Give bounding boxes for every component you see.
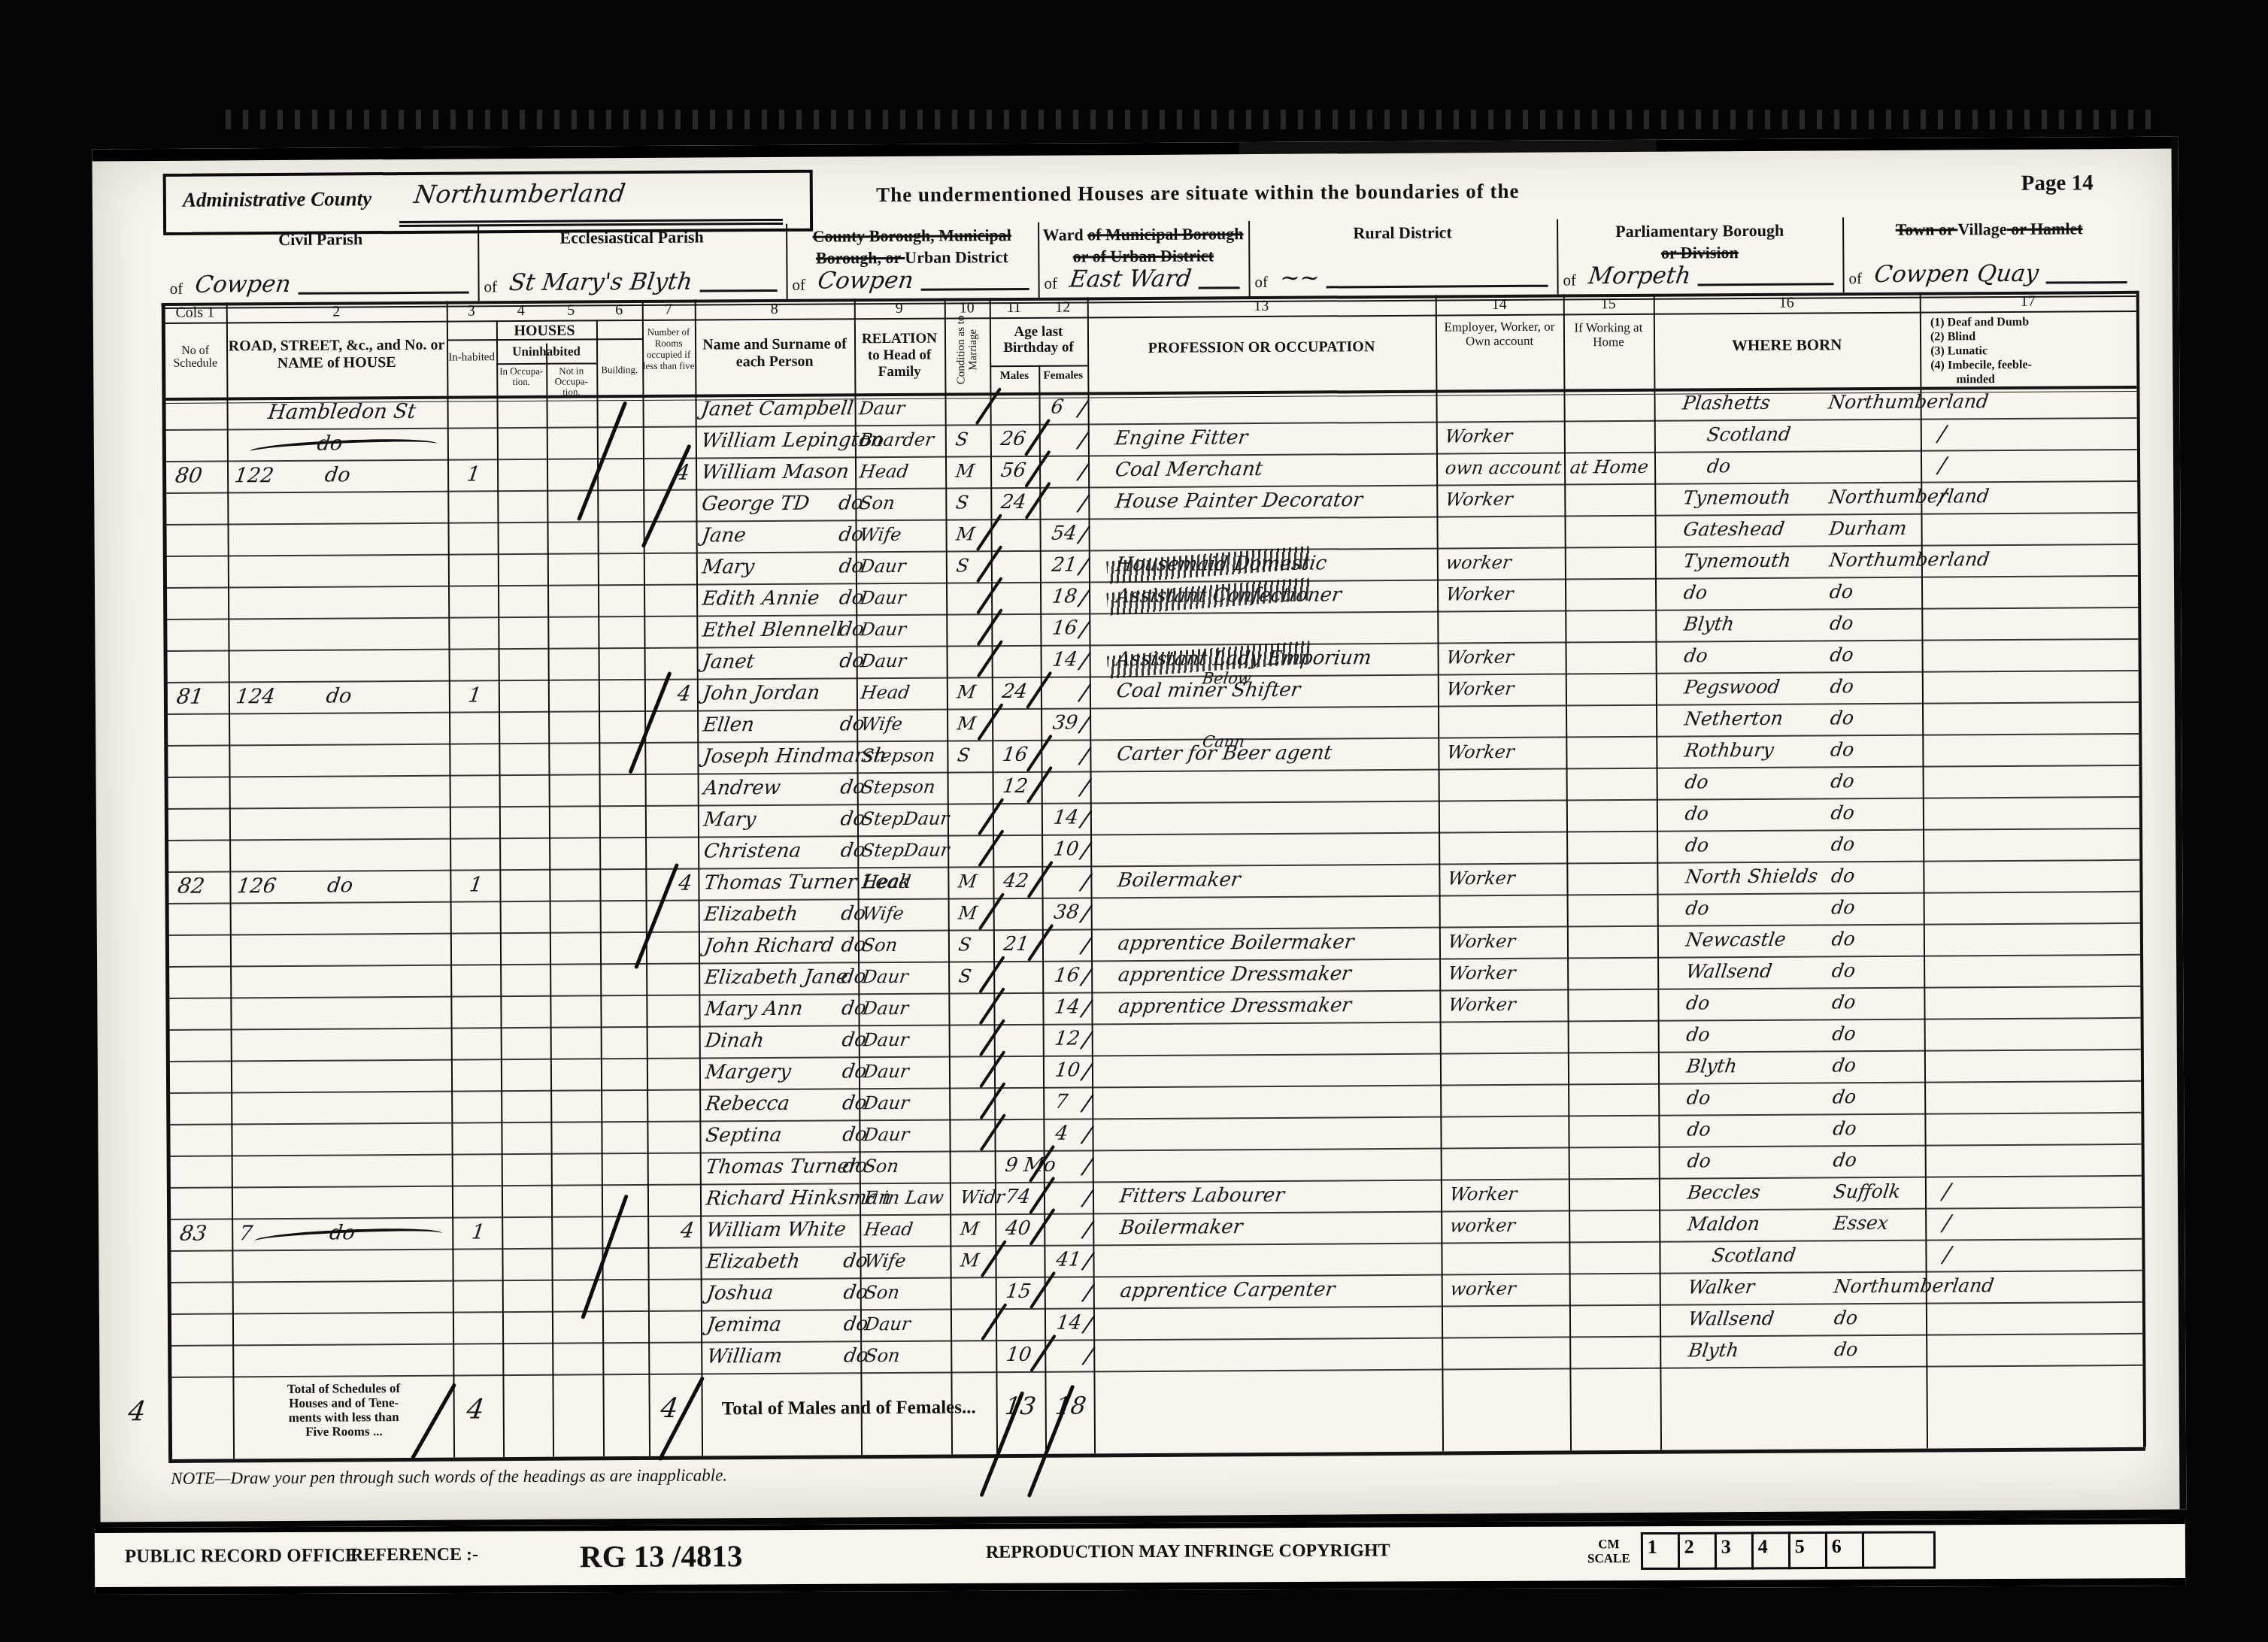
administrative-county-label: Administrative County [183,187,371,212]
road-name-text: do [323,460,352,490]
born-county-text: do [1830,1019,1857,1049]
born-place: do [1686,893,1709,925]
born-county: Northumberland [1828,386,1988,419]
born-place-text: Blyth [1682,609,1736,639]
person-name: William Lepington [702,425,884,457]
employer-value-text: Worker [1446,926,1518,957]
profession-value: apprentice Dressmaker [1118,990,1351,1023]
cm-scale-box: 2 [1678,1532,1715,1570]
column-number: 15 [1563,295,1654,314]
census-scan-screenshot: { "header": { "admin_label": "Administra… [0,0,2268,1642]
condition-value: M [958,866,977,898]
born-place-text: do [1681,577,1709,607]
schedule-number-text: 82 [176,871,207,901]
table-left-border [162,303,171,1459]
age-female-text: 4 [1054,1119,1070,1149]
age-female-text: 54 [1050,518,1078,548]
age-male-text: 26 [999,424,1027,454]
born-county-text: do [1827,577,1854,607]
born-county-text: do [1833,1335,1860,1365]
tally-slash: / [1079,774,1090,801]
relation-value-text: Daur [859,646,908,676]
age-male: 24 [1002,677,1027,708]
employer-value: Worker [1445,421,1512,453]
age-female-text: 16 [1051,613,1079,643]
district-value: East Ward [1063,265,1197,293]
age-male-text: 16 [1001,740,1029,770]
relation-value: Wife [861,709,902,741]
born-county-text: do [1828,703,1855,733]
profession-value-text: House Painter Decorator [1114,485,1365,517]
born-county: do [1833,1082,1856,1113]
employer-value-text: Worker [1445,674,1516,704]
born-place: Blyth [1684,609,1734,641]
employer-value: worker [1450,1210,1515,1243]
relation-value-text: Daur [862,1088,911,1118]
relation-value: Daur [863,1088,909,1119]
relation-value-text: Daur [861,1056,911,1086]
born-place-text: North Shields [1684,861,1820,892]
age-female: 12 [1055,1023,1080,1055]
district-value: Cowpen [189,271,297,298]
district-label-struck: or Division [1661,243,1739,262]
relation-value-text: Son [860,930,899,960]
schedules-total-line: Five Rooms ... [238,1424,450,1440]
age-header: Age last Birthday of [990,323,1087,356]
employer-value: worker [1451,1274,1516,1306]
condition-value: M [960,1213,979,1245]
district-of-row: ofMorpeth [1563,261,1833,289]
district-of-row: of~~ [1254,263,1548,292]
tally-slash: / [1078,616,1090,644]
born-place: Beccles [1687,1177,1760,1210]
person-name: Janet Campbell [701,393,853,426]
tally-slash: / [1082,1216,1093,1244]
column-number: 9 [854,300,944,318]
born-county: do [1833,1019,1856,1050]
born-county-text: do [1828,608,1855,638]
relation-value: Daur [865,1309,911,1341]
inhabited-mark: 1 [467,459,480,490]
district-label-struck: County Borough, Municipal [812,226,1011,246]
born-county: do [1832,987,1855,1019]
of-label: of [484,277,498,296]
born-county-text: do [1830,1050,1857,1080]
at-home-value: at Home [1570,452,1648,484]
relation-value-text: Stepson [860,741,937,771]
infirmity-mark: / [1943,1207,1951,1239]
relation-value: Wife [863,898,904,930]
relation-value: Wife [860,520,901,551]
district-underline [298,291,468,294]
born-county-text: do [1832,1303,1859,1333]
person-name: Elizabeth Jane [705,962,848,994]
profession-note: Cann [1202,726,1245,758]
district-of-row: ofCowpen [169,269,468,298]
age-male-text: 10 [1005,1340,1033,1370]
cm-scale-label: CMSCALE [1587,1537,1630,1565]
born-place: do [1684,577,1707,609]
rooms-count: 4 [681,1216,694,1247]
administrative-county-value: Northumberland [412,178,627,209]
relation-value: Head [864,1214,913,1246]
profession-value: apprentice Dressmaker [1118,959,1351,992]
condition-value-text: S [956,740,972,770]
born-place: Wallsend [1686,956,1772,989]
born-county-text: do [1829,735,1856,765]
born-county-text: do [1831,1113,1858,1144]
born-place: do [1685,767,1709,798]
pen-stroke [628,671,672,774]
district-label-struck: Borough, or [816,248,905,268]
person-name-text: Janet [701,647,757,677]
road-name: do [326,680,352,712]
born-place-text: Maldon [1686,1209,1762,1240]
born-county: do [1834,1335,1857,1366]
profession-value: Boilermaker [1120,1212,1242,1244]
column-number: Cols 1 [164,304,226,322]
born-county-text: Northumberland [1827,386,1991,417]
age-female: 54 [1051,519,1076,550]
person-name-text: Mary Ann [703,994,805,1025]
person-name-text: Thomas Turner [704,1151,860,1182]
district-underline [920,288,1029,291]
infirmity-mark-text: / [1936,450,1948,480]
relation-value: Daur [860,583,906,614]
district-label: Ward of Municipal Borough [1038,224,1248,244]
age-female: 39 [1053,707,1078,739]
person-name-text: Elizabeth [702,899,799,930]
relation-value: Head [862,867,911,898]
footnote: NOTE—Draw your pen through such words of… [171,1465,727,1489]
born-place-text: Wallsend [1686,1304,1776,1335]
born-place-text: Blyth [1687,1335,1741,1365]
rooms-count-text: 4 [679,1216,696,1246]
road-name-text: do [324,681,353,711]
relation-value-text: Stepson [860,772,937,803]
age-female: 14 [1054,992,1079,1023]
born-county: do [1830,703,1854,735]
age-female: 16 [1052,613,1077,644]
born-county-text: do [1831,1082,1858,1112]
employer-value: Worker [1447,737,1514,769]
schedule-number-text: 83 [178,1219,209,1249]
house-number: 124 [236,681,275,713]
relation-value: Stepson [862,772,935,804]
district-underline [1199,286,1240,289]
infirmity-mark: / [1939,418,1946,450]
condition-value: S [956,424,969,456]
district-value: Morpeth [1582,262,1697,289]
tally-slash: / [1082,1279,1093,1307]
relation-value-text: Daur [861,1025,911,1055]
employer-value: Worker [1445,484,1512,517]
born-place-text: do [1682,641,1709,671]
record-office-footer: PUBLIC RECORD OFFICE REFERENCE :- RG 13 … [95,1519,2185,1595]
condition-value-text: S [957,961,974,991]
footer-copyright-warning: REPRODUCTION MAY INFRINGE COPYRIGHT [986,1541,1390,1563]
age-male-text: 74 [1003,1182,1032,1212]
profession-value-text: apprentice Boilermaker [1116,927,1356,959]
pen-stroke [581,1194,629,1319]
page-title: The undermentioned Houses are situate wi… [822,179,1574,207]
person-name: Thomas Turner [706,1151,859,1183]
females-header: Females [1038,368,1087,382]
district-cell: County Borough, MunicipalBorough, or Urb… [786,223,1040,299]
building-header: Building. [596,364,642,376]
age-male: 24 [1001,487,1026,519]
condition-value: S [956,487,969,519]
born-place-text: do [1683,830,1710,860]
employer-value-text: Worker [1443,421,1515,452]
person-name-text: Septina [704,1120,784,1151]
footer-office: PUBLIC RECORD OFFICE [125,1546,358,1568]
schedule-number: 83 [180,1219,207,1250]
district-underline [1327,285,1548,289]
district-underline [1698,283,1834,286]
relation-value: Boarder [860,425,934,457]
tally-slash: / [1080,805,1091,833]
inhabited-mark-text: 1 [465,459,482,489]
person-name: Andrew [704,773,781,805]
tally-slash: / [1082,1184,1093,1212]
relation-value-text: Head [860,867,913,897]
house-number-text: 124 [234,682,277,712]
person-name: John Richard [705,930,834,962]
born-place-text: do [1683,798,1710,829]
condition-value-text: M [959,1213,981,1244]
born-county-text: do [1831,1145,1858,1175]
tally-slash: / [1081,1089,1093,1117]
tally-slash: / [1081,1026,1092,1054]
person-name: Elizabeth [706,1247,799,1279]
relation-value: Son [865,1341,900,1372]
profession-value-text: Coal Merchant [1113,454,1264,485]
person-name: John Jordan [703,678,820,710]
born-place-text: do [1684,1019,1712,1050]
born-place: do [1685,798,1709,830]
person-name: Ellen [703,710,754,741]
employer-value: worker [1446,547,1511,580]
of-label: of [1254,273,1268,292]
profession-value-text: Engine Fitter [1113,423,1250,453]
person-name-text: Andrew [702,773,783,804]
person-name: Christena [704,836,801,868]
pen-stroke [634,863,679,969]
houses-header: HOUSES [447,322,642,341]
district-label: Ecclesiastical Parish [478,227,786,248]
person-name: Ethel Blennell [702,614,843,647]
relation-value: Daur [860,551,906,583]
relation-value-text: Daur [861,962,911,992]
born-place: do [1687,1114,1710,1146]
age-male-text: 24 [1000,677,1029,707]
schedules-total-line: Total of Schedules of [237,1381,450,1397]
employer-value: Worker [1446,642,1513,674]
tally-slash: / [1079,742,1090,770]
relation-value-text: F in Law [862,1183,945,1213]
table-right-border [2136,291,2146,1447]
born-place: do [1687,1146,1711,1177]
person-name: Joshua [707,1278,774,1310]
tally-slash: / [1081,932,1092,959]
age-male: 12 [1003,771,1028,803]
born-place-text: Blyth [1684,1051,1739,1081]
house-number-text: 126 [235,871,278,901]
relation-value: Wife [864,1246,905,1277]
person-name: Mary [704,804,757,836]
born-county-text: do [1830,987,1857,1017]
tally-slash: / [1079,679,1090,707]
road-name: do [327,870,353,901]
born-place-text: Wallsend [1684,956,1774,987]
district-cell: Rural Districtof~~ [1248,220,1559,297]
relation-value-text: StepDaur [860,835,951,866]
district-label-text: Urban District [905,247,1008,267]
born-county: Northumberland [1834,1271,1994,1303]
profession-value: Engine Fitter [1115,423,1248,455]
born-place: Gateshead [1683,514,1784,547]
born-county-text: do [1828,640,1855,670]
age-female-text: 7 [1054,1087,1070,1117]
infirmity-mark: / [1943,1176,1951,1207]
inhabited-mark: 1 [471,1216,484,1248]
tally-slash: / [1080,900,1091,928]
relation-value-text: Head [859,677,911,707]
employer-value: Worker [1448,958,1515,990]
males-females-total-label: Total of Males and of Females... [702,1397,996,1419]
schedule-number-text: 80 [173,461,204,491]
footer-reference-value: RG 13 /4813 [580,1537,743,1574]
table-bottom-rule [168,1447,2145,1463]
employer-value-text: Worker [1447,989,1518,1020]
district-label: Civil Parish [163,229,478,250]
relation-value: Head [860,456,908,488]
born-place-text: Walker [1686,1272,1757,1303]
born-county: do [1830,671,1854,703]
rooms-header: Number of Rooms occupied if less than fi… [642,326,695,371]
born-place: do [1684,641,1707,672]
tally-slash: / [1083,1342,1094,1370]
district-value: Cowpen [811,267,920,295]
age-male-text: 15 [1004,1277,1032,1307]
age-female: 10 [1054,834,1078,865]
age-male: 56 [1001,456,1026,487]
born-county: do [1833,1050,1856,1082]
relation-value: Daur [863,993,908,1025]
infirmity-header-line: (3) Lunatic [1930,343,2136,359]
road-name-text: do [326,871,355,901]
schedule-number: 80 [175,461,202,492]
age-female-text: 14 [1054,1307,1083,1338]
district-value: ~~ [1274,264,1326,291]
infirmity-header-line: (4) Imbecile, feeble- [1930,357,2136,373]
infirmity-mark-text: / [1942,1239,1953,1269]
inhabited-mark-text: 1 [466,680,484,710]
relation-value-text: Daur [862,1119,911,1150]
person-name: Edith Annie [702,583,820,616]
person-name-text: Dinah [703,1025,766,1056]
condition-value: S [959,929,972,961]
born-place-text: do [1684,893,1711,923]
born-place-text: Scotland [1705,420,1793,450]
born-county-text: do [1829,798,1856,828]
born-county: do [1831,829,1854,861]
employer-value: Worker [1448,926,1515,959]
schedules-total-line: ments with less than [238,1410,450,1425]
cm-scale-box: 3 [1715,1531,1751,1569]
born-county: do [1830,608,1853,640]
condition-value-text: M [955,708,978,738]
column-rule [944,298,953,1455]
column-number: 12 [1038,298,1087,316]
profession-note-text: Cann [1201,726,1247,756]
relation-value: Daur [863,1056,909,1088]
tally-slash: / [1078,458,1089,486]
person-name-text: John Jordan [701,678,822,709]
born-place: Tynemouth [1684,546,1791,578]
age-female: 18 [1052,582,1077,613]
rooms-total: 4 [661,1393,678,1425]
person-name: George TD [702,489,809,521]
condition-header: Condition as to Marriage [955,311,980,389]
age-male: 21 [1004,929,1029,961]
condition-value-text: S [954,487,971,517]
males-header: Males [990,369,1038,383]
age-female: 38 [1054,897,1079,929]
age-female-text: 12 [1053,1023,1081,1053]
person-name-text: George TD [700,489,811,520]
born-county: Northumberland [1829,481,1989,514]
born-place: Pegswood [1684,672,1780,704]
relation-value-text: StepDaur [860,804,951,835]
age-male: 40 [1005,1213,1030,1245]
born-county-text: Northumberland [1827,481,1991,512]
district-cell: Civil ParishofCowpen [163,226,480,303]
person-name-text: Elizabeth [705,1247,802,1277]
condition-value: M [957,677,976,708]
column-number: 11 [990,299,1038,317]
born-county-text: do [1830,892,1857,922]
profession-value-text: apprentice Carpenter [1118,1274,1337,1306]
person-name: Janet [703,647,755,678]
relation-value-text: Son [858,488,897,518]
district-cell: Ward of Municipal Boroughor of Urban Dis… [1038,221,1251,298]
profession-value: apprentice Boilermaker [1118,927,1354,960]
district-underline [2045,281,2127,284]
born-place: Scotland [1712,1241,1795,1273]
schedule-number: 81 [177,682,204,713]
profession-value: House Painter Decorator [1115,485,1363,518]
born-place-text: do [1685,1146,1712,1176]
district-label-struck: or Hamlet [2007,219,2083,238]
column-number: 17 [1920,292,2136,311]
infirmity-header-line: minded [1956,371,2136,386]
house-number-text: 7 [238,1219,255,1249]
district-label-text: Parliamentary Borough [1615,221,1784,241]
person-name-text: Rebecca [704,1089,792,1119]
born-county: do [1832,924,1855,956]
employer-value-text: Worker [1448,1179,1519,1210]
column-number: 7 [642,301,695,319]
person-name-text: William Mason [699,456,850,487]
of-label: of [1563,271,1576,289]
district-label: or of Urban District [1038,246,1248,266]
born-county-text: do [1829,766,1856,796]
infirmity-mark-text: / [1942,1207,1953,1238]
inhabited-total: 4 [467,1394,484,1425]
born-county-text: Durham [1827,514,1909,544]
